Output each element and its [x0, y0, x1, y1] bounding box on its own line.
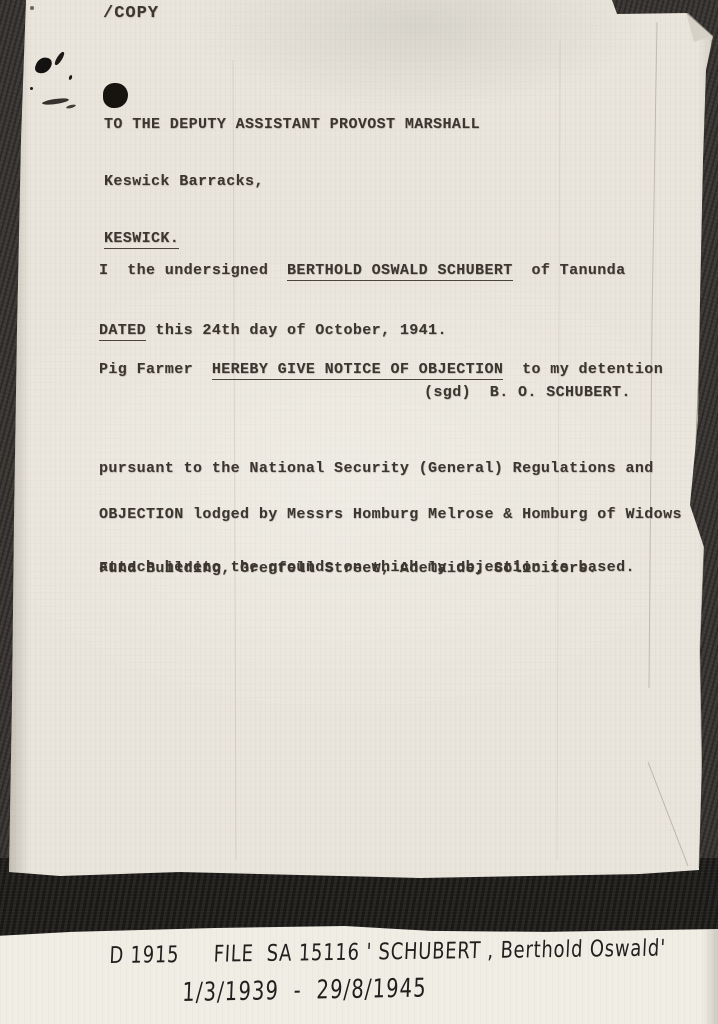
- recipient-title: TO THE DEPUTY ASSISTANT PROVOST MARSHALL: [104, 115, 480, 134]
- dated-label: DATED: [99, 322, 146, 341]
- archive-series-number: D 1915: [109, 942, 180, 969]
- archive-label-strip: D 1915 FILE SA 15116 ' SCHUBERT , Bertho…: [0, 926, 718, 1024]
- archive-date-range: 1/3/1939 - 29/8/1945: [182, 973, 428, 1008]
- staple-hole: [30, 6, 34, 10]
- declarant-name: BERTHOLD OSWALD SCHUBERT: [287, 262, 513, 281]
- objection-block: OBJECTION lodged by Messrs Homburg Melro…: [99, 470, 682, 614]
- notice-phrase: HEREBY GIVE NOTICE OF OBJECTION: [212, 361, 503, 380]
- document-page: /COPY TO THE DEPUTY ASSISTANT PROVOST MA…: [0, 0, 718, 880]
- objection-line: OBJECTION lodged by Messrs Homburg Melro…: [99, 506, 682, 524]
- label-edge-shade: [702, 926, 718, 1024]
- archive-label-line1: D 1915 FILE SA 15116 ' SCHUBERT , Bertho…: [109, 936, 667, 969]
- objection-line: Fund Building, Grenfell Street, Adelaide…: [99, 560, 682, 578]
- ink-speck: [30, 87, 33, 90]
- body-line: I the undersigned BERTHOLD OSWALD SCHUBE…: [99, 254, 663, 287]
- signature-line: (sgd) B. O. SCHUBERT.: [424, 384, 631, 401]
- copy-mark: /COPY: [103, 4, 159, 23]
- archive-file-title: FILE SA 15116 ' SCHUBERT , Berthold Oswa…: [213, 936, 666, 968]
- body-line: Pig Farmer HEREBY GIVE NOTICE OF OBJECTI…: [99, 353, 663, 386]
- dated-line: DATED this 24th day of October, 1941.: [99, 322, 447, 339]
